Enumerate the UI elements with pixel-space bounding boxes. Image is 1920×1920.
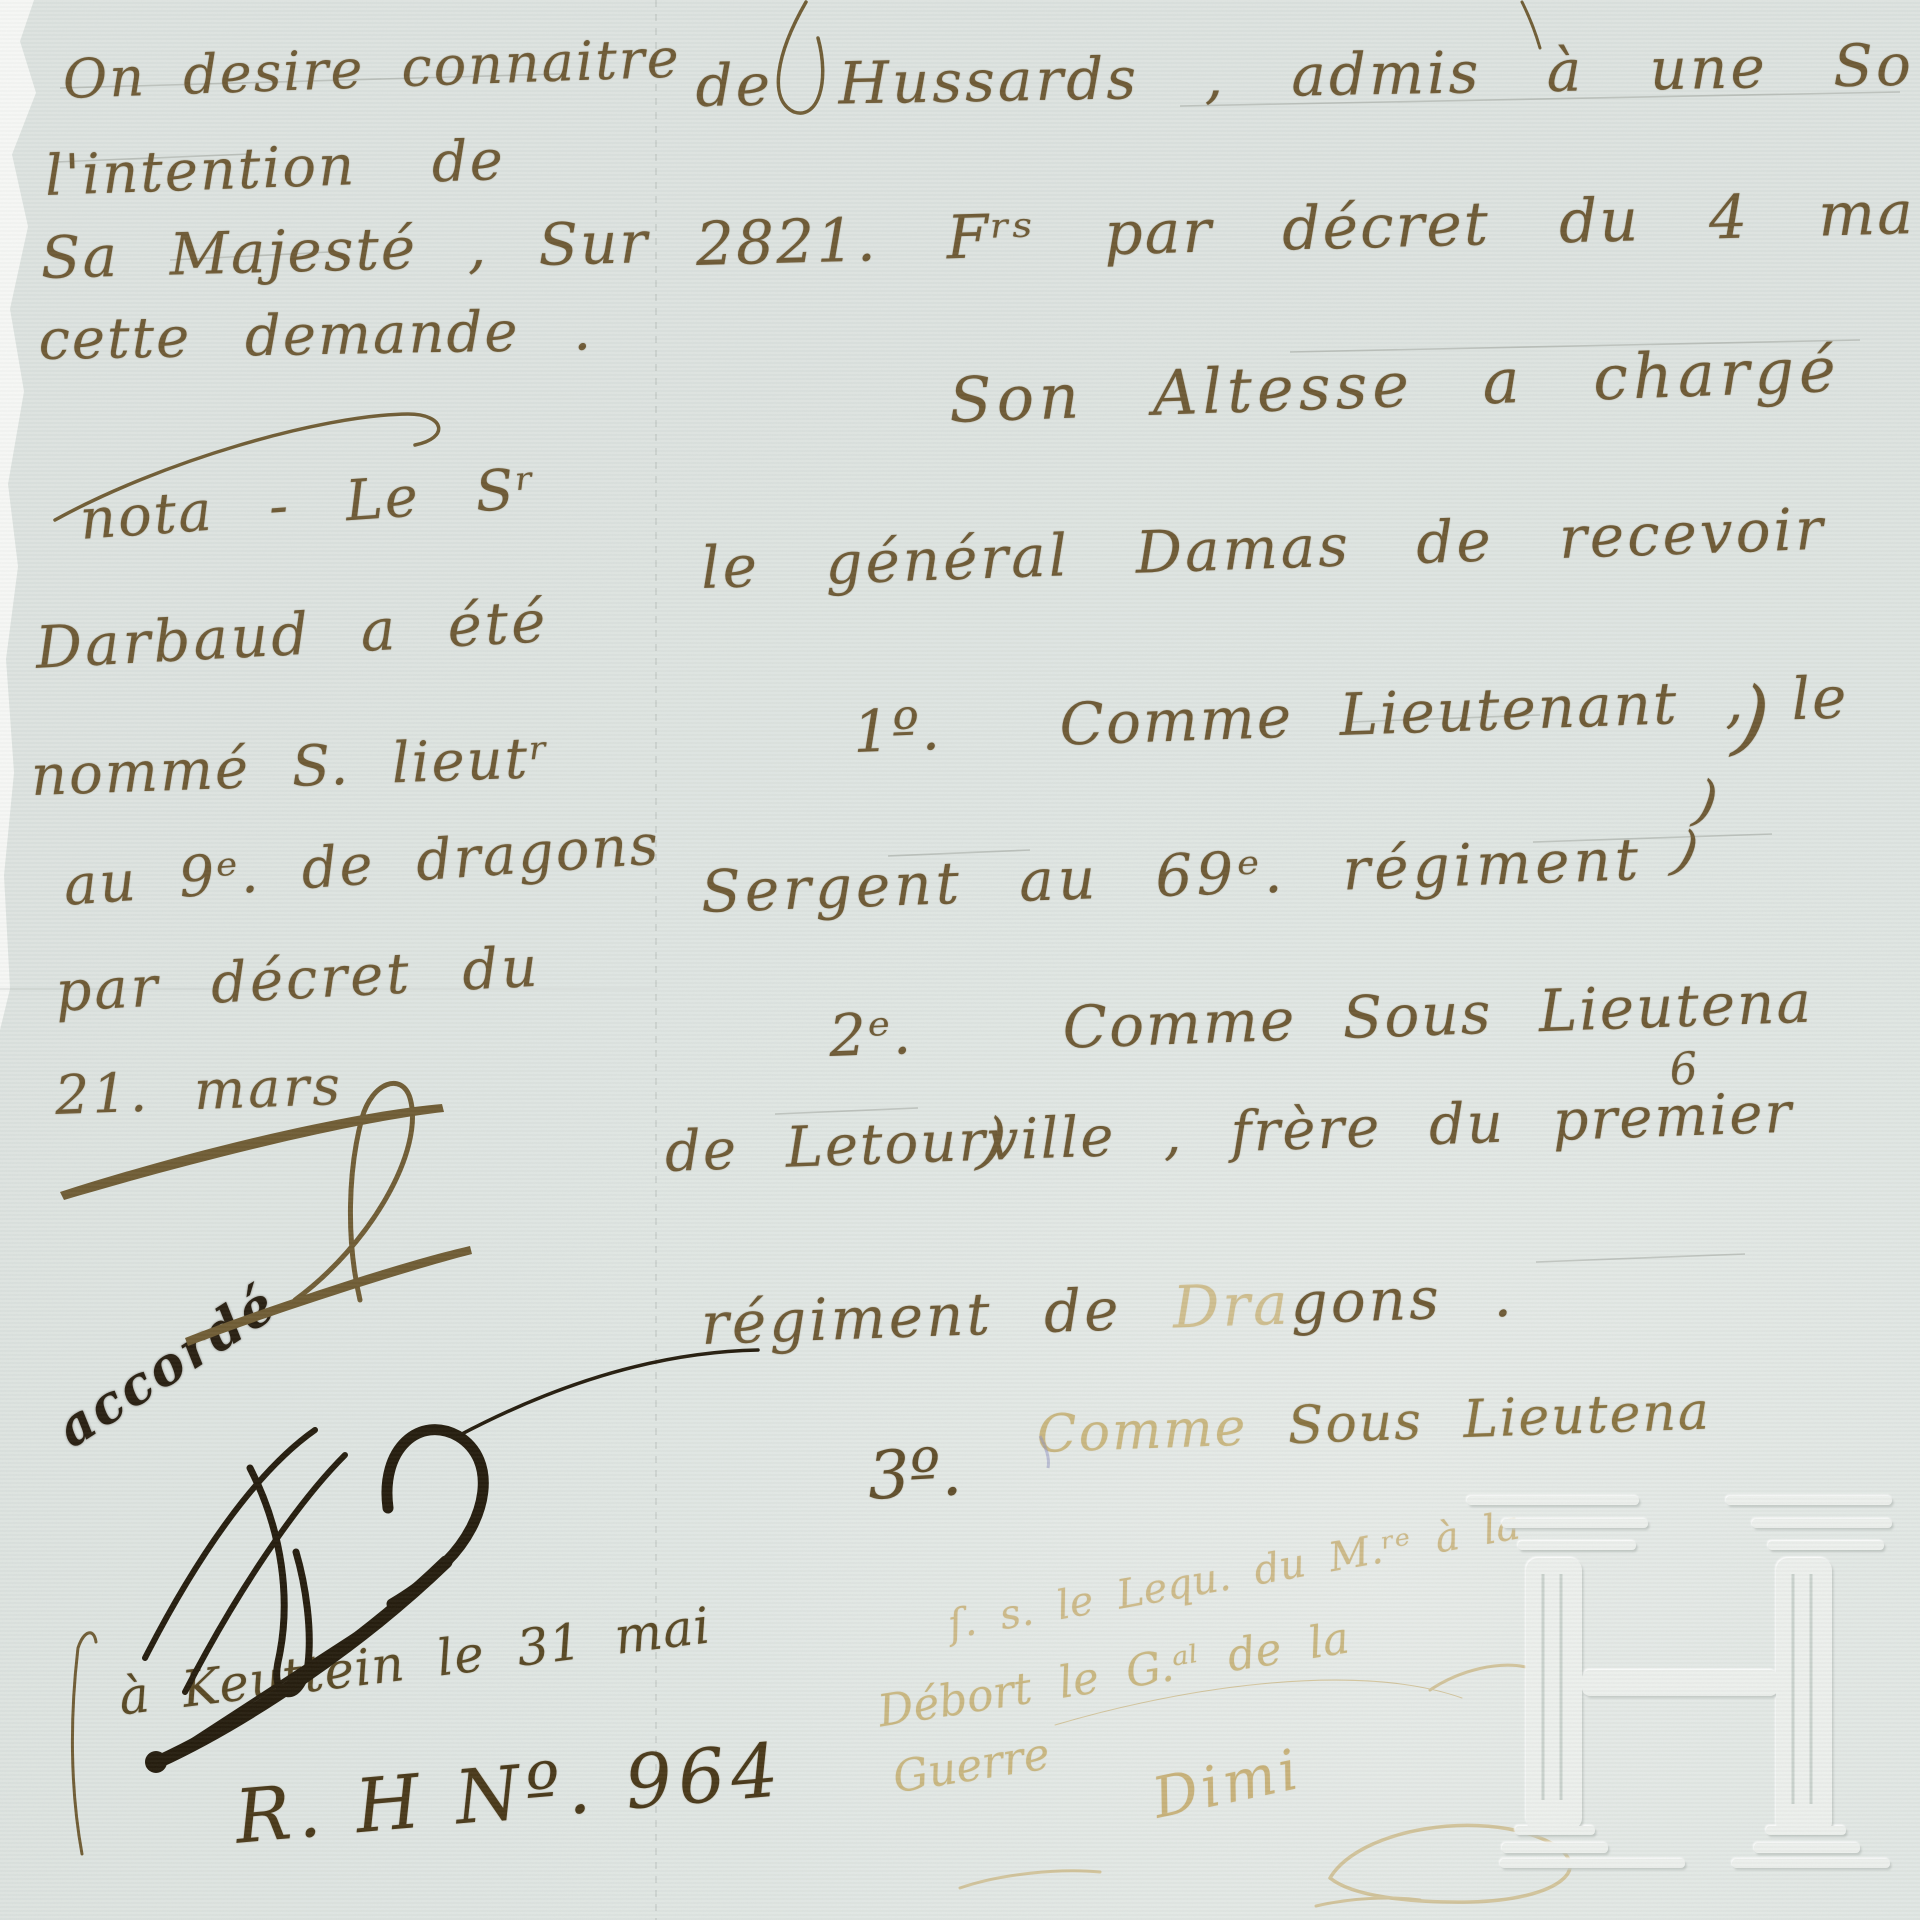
approval-word-accorde: accordé (48, 1276, 287, 1458)
right-capital-bar-3 (1768, 1541, 1884, 1550)
left-request-line-3: Sa Majesté , Sur (40, 212, 650, 289)
line-9-start: régiment de (700, 1274, 1174, 1358)
left-request-line-4: cette demande . (38, 302, 594, 370)
faded-annotation-upper: ſ. s. le Lequ. du M.ʳᵉ à la (945, 1504, 1523, 1646)
scanned-letter-page: On desire connaitre l'intention de Sa Ma… (0, 0, 1920, 1920)
right-line-4-damas: le général Damas de recevoir (700, 499, 1827, 599)
right-line-9-regiment: régiment de Dragons . (700, 1266, 1516, 1355)
right-line-8-letourville: de Letourville , frère du premier (664, 1085, 1794, 1183)
left-base-step-2 (1502, 1843, 1608, 1853)
item-1-numeral: 1º. (852, 695, 943, 766)
item-2-text: Comme Sous Lieutena (1062, 968, 1814, 1062)
right-base-plinth (1732, 1859, 1890, 1868)
left-capital-bar-3 (1518, 1541, 1636, 1550)
brace-mark-3: ) (1668, 822, 1703, 884)
left-base-step-1 (1515, 1826, 1595, 1835)
nota-line-3: nommé S. lieutʳ (30, 730, 552, 807)
faded-annotation-lower: Débort le G.ᵃˡ de la (875, 1616, 1352, 1736)
reference-number: R. H Nº. 964 (232, 1732, 787, 1857)
right-base-step-1 (1766, 1826, 1846, 1835)
right-capital-bar-1 (1726, 1496, 1892, 1505)
faded-signature: Dimi (1148, 1741, 1307, 1830)
right-line-3-altesse: Son Altesse a chargé (948, 337, 1842, 433)
item-2-numeral: 2ᵉ. (828, 999, 914, 1070)
item-3-faded-word: Comme (1036, 1396, 1289, 1465)
left-capital-bar-1 (1467, 1496, 1639, 1505)
h-crossbar (1582, 1670, 1778, 1696)
nota-line-2: Darbaud a été (34, 591, 550, 679)
line-9-faded-word: Dra (1172, 1269, 1292, 1341)
faded-word-guerre: Guerre (890, 1731, 1053, 1801)
right-line-2-decret: 2821. Fʳˢ par décret du 4 ma (695, 182, 1916, 277)
left-column-shaft (1526, 1558, 1582, 1830)
right-column-shaft (1776, 1558, 1832, 1834)
nota-line-6: 21. mars (54, 1058, 344, 1125)
left-request-line-2: l'intention de (44, 132, 506, 207)
right-capital-bar-2 (1752, 1519, 1892, 1528)
line-9-end: gons . (1289, 1262, 1515, 1338)
right-item-3-text: Comme Sous Lieutena (1036, 1384, 1712, 1462)
date-leading-stroke (72, 1633, 96, 1854)
nota-line-4: au 9ᵉ. de dragons (62, 816, 662, 916)
place-date-line: à Keuttein le 31 mai (116, 1599, 714, 1724)
item-3-numeral: 3º. (866, 1437, 964, 1511)
right-line-6-sergent: Sergent au 69ᵉ. régiment (700, 829, 1643, 923)
right-item-2: 2ᵉ.Comme Sous Lieutena (828, 972, 1814, 1067)
left-request-line-1: On desire connaitre (62, 30, 682, 108)
nota-line-5: par décret du (54, 939, 542, 1023)
right-line-1-hussards: de Hussards , admis à une So (695, 35, 1914, 117)
nota-line-1: nota - Le Sʳ (78, 460, 539, 551)
right-item-1: 1º.Comme Lieutenant , le (852, 667, 1849, 763)
left-base-plinth (1500, 1859, 1685, 1868)
left-capital-bar-2 (1502, 1519, 1648, 1528)
right-base-step-2 (1754, 1843, 1860, 1853)
item-3-visible-text: Sous Lieutena (1287, 1381, 1712, 1456)
